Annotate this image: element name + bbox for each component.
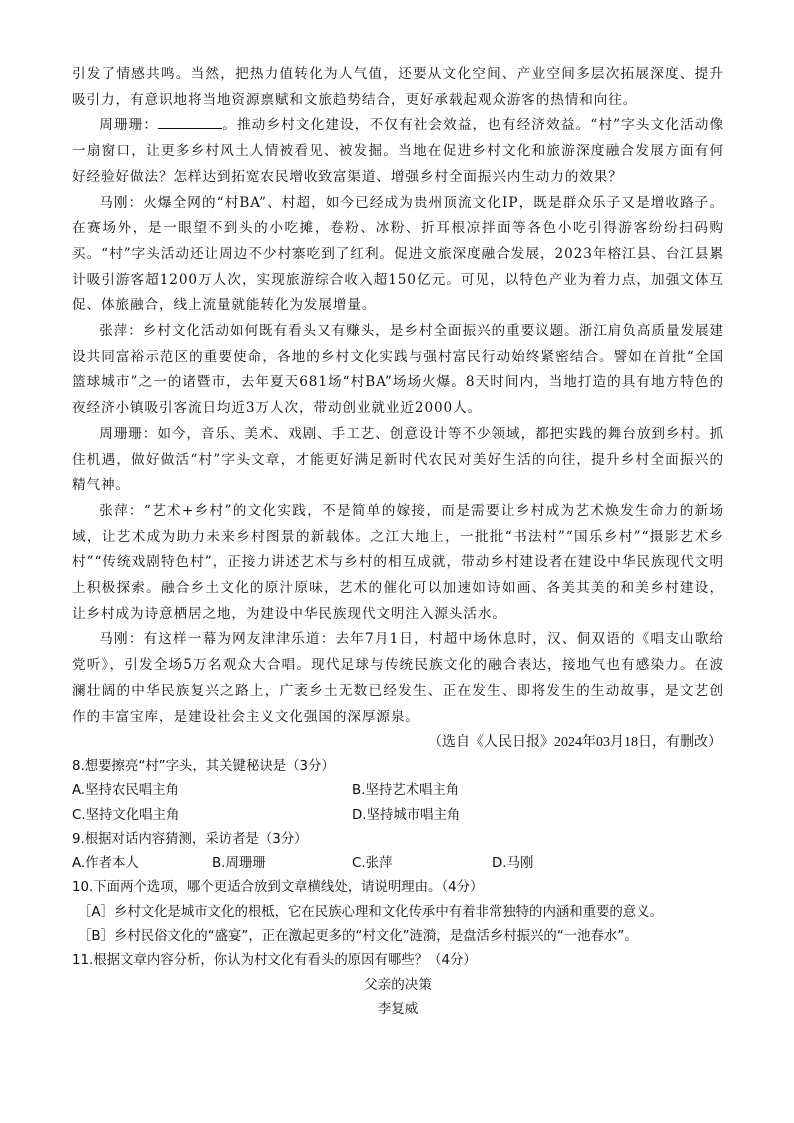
fill-in-blank: [158, 114, 222, 129]
article-paragraph: 引发了情感共鸣。当然，把热力值转化为人气值，还要从文化空间、产业空间多层次拓展深…: [72, 62, 724, 113]
speaker-name: 张萍：: [99, 503, 144, 519]
question-10-stem: 10.下面两个选项，哪个更适合放到文章横线处，请说明理由。（4分）: [72, 876, 724, 900]
option-d: D.坚持城市唱主角: [352, 804, 632, 828]
option-a: A.坚持农民唱主角: [72, 779, 352, 803]
option-b: B.坚持艺术唱主角: [352, 779, 632, 803]
article-paragraph: 周珊珊：。推动乡村文化建设，不仅有社会效益，也有经济效益。“村”字头文化活动像一…: [72, 113, 724, 190]
question-8-options-row2: C.坚持文化唱主角 D.坚持城市唱主角: [72, 804, 724, 828]
question-9-stem: 9.根据对话内容猜测，采访者是（3分）: [72, 828, 724, 852]
option-d: D.马刚: [492, 852, 592, 876]
paragraph-text: “艺术+乡村”的文化实践，不是简单的嫁接，而是需要让乡村成为艺术焕发生命力的新场…: [72, 503, 724, 622]
next-article-author: 李复威: [72, 997, 724, 1021]
paragraph-text: 火爆全网的“村BA”、村超，如今已经成为贵州顶流文化IP，既是群众乐子又是增收路…: [72, 195, 724, 314]
speaker-name: 周珊珊：: [99, 117, 158, 133]
exam-page: 引发了情感共鸣。当然，把热力值转化为人气值，还要从文化空间、产业空间多层次拓展深…: [72, 62, 724, 1021]
question-8-stem: 8.想要擦亮“村”字头，其关键秘诀是（3分）: [72, 755, 724, 779]
option-a: A.作者本人: [72, 852, 212, 876]
paragraph-text: 乡村文化活动如何既有看头又有赚头，是乡村全面振兴的重要议题。浙江肩负高质量发展建…: [72, 323, 724, 416]
paragraph-text: 有这样一幕为网友津津乐道：去年7月1日，村超中场休息时，汉、侗双语的《唱支山歌给…: [72, 631, 724, 724]
next-article-title: 父亲的决策: [72, 973, 724, 997]
option-c: C.坚持文化唱主角: [72, 804, 352, 828]
option-b: B.周珊珊: [212, 852, 352, 876]
question-10-option-b: ［B］乡村民俗文化的“盛宴”，正在激起更多的“村文化”涟漪，是盘活乡村振兴的“一…: [72, 925, 724, 949]
speaker-name: 张萍：: [99, 323, 143, 339]
article-source: （选自《人民日报》2024年03月18日，有删改）: [72, 730, 724, 755]
speaker-name: 马刚：: [99, 195, 143, 211]
speaker-name: 马刚：: [99, 631, 143, 647]
question-9-options: A.作者本人 B.周珊珊 C.张萍 D.马刚: [72, 852, 724, 876]
article-paragraph: 周珊珊：如今，音乐、美术、戏剧、手工艺、创意设计等不少领域，都把实践的舞台放到乡…: [72, 422, 724, 499]
article-paragraph: 张萍：“艺术+乡村”的文化实践，不是简单的嫁接，而是需要让乡村成为艺术焕发生命力…: [72, 499, 724, 628]
paragraph-text: 如今，音乐、美术、戏剧、手工艺、创意设计等不少领域，都把实践的舞台放到乡村。抓住…: [72, 426, 724, 493]
article-paragraph: 马刚：火爆全网的“村BA”、村超，如今已经成为贵州顶流文化IP，既是群众乐子又是…: [72, 191, 724, 320]
question-10-option-a: ［A］乡村文化是城市文化的根柢，它在民族心理和文化传承中有着非常独特的内涵和重要…: [72, 901, 724, 925]
article-paragraph: 马刚：有这样一幕为网友津津乐道：去年7月1日，村超中场休息时，汉、侗双语的《唱支…: [72, 627, 724, 730]
question-8-options-row1: A.坚持农民唱主角 B.坚持艺术唱主角: [72, 779, 724, 803]
option-c: C.张萍: [352, 852, 492, 876]
speaker-name: 周珊珊：: [99, 426, 157, 442]
question-11-stem: 11.根据文章内容分析，你认为村文化有看头的原因有哪些？（4分）: [72, 949, 724, 973]
article-paragraph: 张萍：乡村文化活动如何既有看头又有赚头，是乡村全面振兴的重要议题。浙江肩负高质量…: [72, 319, 724, 422]
